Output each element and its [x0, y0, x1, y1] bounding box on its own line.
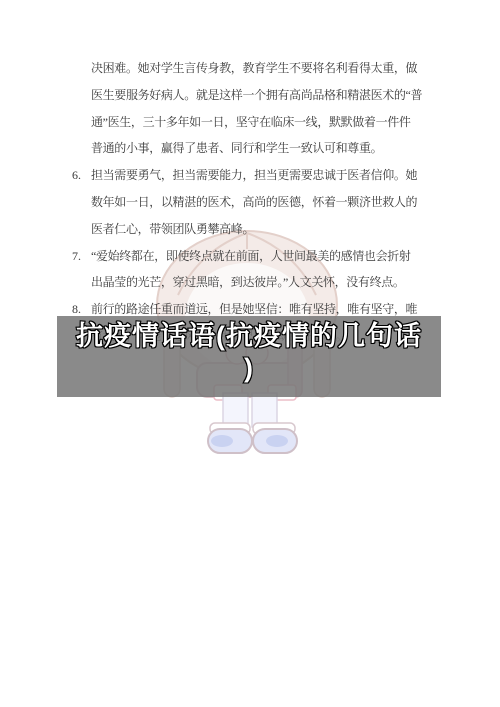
page-title-line2: ) — [57, 352, 441, 384]
paragraph-block: 决困难。她对学生言传身教，教育学生不要将名利看得太重，做医生要服务好病人。就是这… — [91, 55, 425, 162]
text-line-content: 医者仁心，带领团队勇攀高峰。 — [91, 222, 254, 236]
shoe-shine-right — [266, 435, 288, 447]
text-line-content: “爱始终都在，即使终点就在前面，人世间最美的感情也会折射 — [91, 249, 411, 263]
list-number: 7. — [72, 243, 81, 270]
document-body: 决困难。她对学生言传身教，教育学生不要将名利看得太重，做医生要服务好病人。就是这… — [91, 55, 425, 350]
page-title-line1: 抗疫情话语(抗疫情的几句话 — [57, 320, 441, 352]
list-number: 6. — [72, 162, 81, 189]
text-line-content: 出晶莹的光芒，穿过黑暗，到达彼岸。”人文关怀，没有终点。 — [91, 275, 405, 289]
text-line: 普通的小事，赢得了患者、同行和学生一致认可和尊重。 — [91, 135, 425, 162]
text-line-content: 通”医生，三十多年如一日，坚守在临床一线，默默做着一件件 — [91, 115, 411, 129]
shoe-shine-left — [211, 435, 233, 447]
paragraph-block: 6.担当需要勇气，担当需要能力，担当更需要忠诚于医者信仰。她数年如一日，以精湛的… — [91, 162, 425, 242]
paragraph-block: 7.“爱始终都在，即使终点就在前面，人世间最美的感情也会折射出晶莹的光芒，穿过黑… — [91, 243, 425, 297]
text-line-content: 前行的路途任重而道远，但是她坚信：唯有坚持，唯有坚守，唯 — [91, 302, 417, 316]
text-line-content: 医生要服务好病人。就是这样一个拥有高尚品格和精湛医术的“普 — [91, 88, 422, 102]
text-line-content: 普通的小事，赢得了患者、同行和学生一致认可和尊重。 — [91, 141, 382, 155]
leg-right — [252, 393, 277, 427]
text-line-content: 数年如一日，以精湛的医术，高尚的医德，怀着一颗济世救人的 — [91, 195, 417, 209]
text-line-content: 决困难。她对学生言传身教，教育学生不要将名利看得太重，做 — [91, 61, 417, 75]
text-line: 医生要服务好病人。就是这样一个拥有高尚品格和精湛医术的“普 — [91, 82, 425, 109]
text-line: 通”医生，三十多年如一日，坚守在临床一线，默默做着一件件 — [91, 109, 425, 136]
text-line: 决困难。她对学生言传身教，教育学生不要将名利看得太重，做 — [91, 55, 425, 82]
text-line: 数年如一日，以精湛的医术，高尚的医德，怀着一颗济世救人的 — [91, 189, 425, 216]
text-line: 6.担当需要勇气，担当需要能力，担当更需要忠诚于医者信仰。她 — [91, 162, 425, 189]
text-line: 出晶莹的光芒，穿过黑暗，到达彼岸。”人文关怀，没有终点。 — [91, 269, 425, 296]
text-line-content: 担当需要勇气，担当需要能力，担当更需要忠诚于医者信仰。她 — [91, 168, 417, 182]
document-page: 决困难。她对学生言传身教，教育学生不要将名利看得太重，做医生要服务好病人。就是这… — [0, 0, 500, 707]
leg-left — [223, 393, 248, 427]
text-line: 7.“爱始终都在，即使终点就在前面，人世间最美的感情也会折射 — [91, 243, 425, 270]
text-line: 医者仁心，带领团队勇攀高峰。 — [91, 216, 425, 243]
title-overlay-band: 抗疫情话语(抗疫情的几句话 ) — [57, 316, 441, 397]
